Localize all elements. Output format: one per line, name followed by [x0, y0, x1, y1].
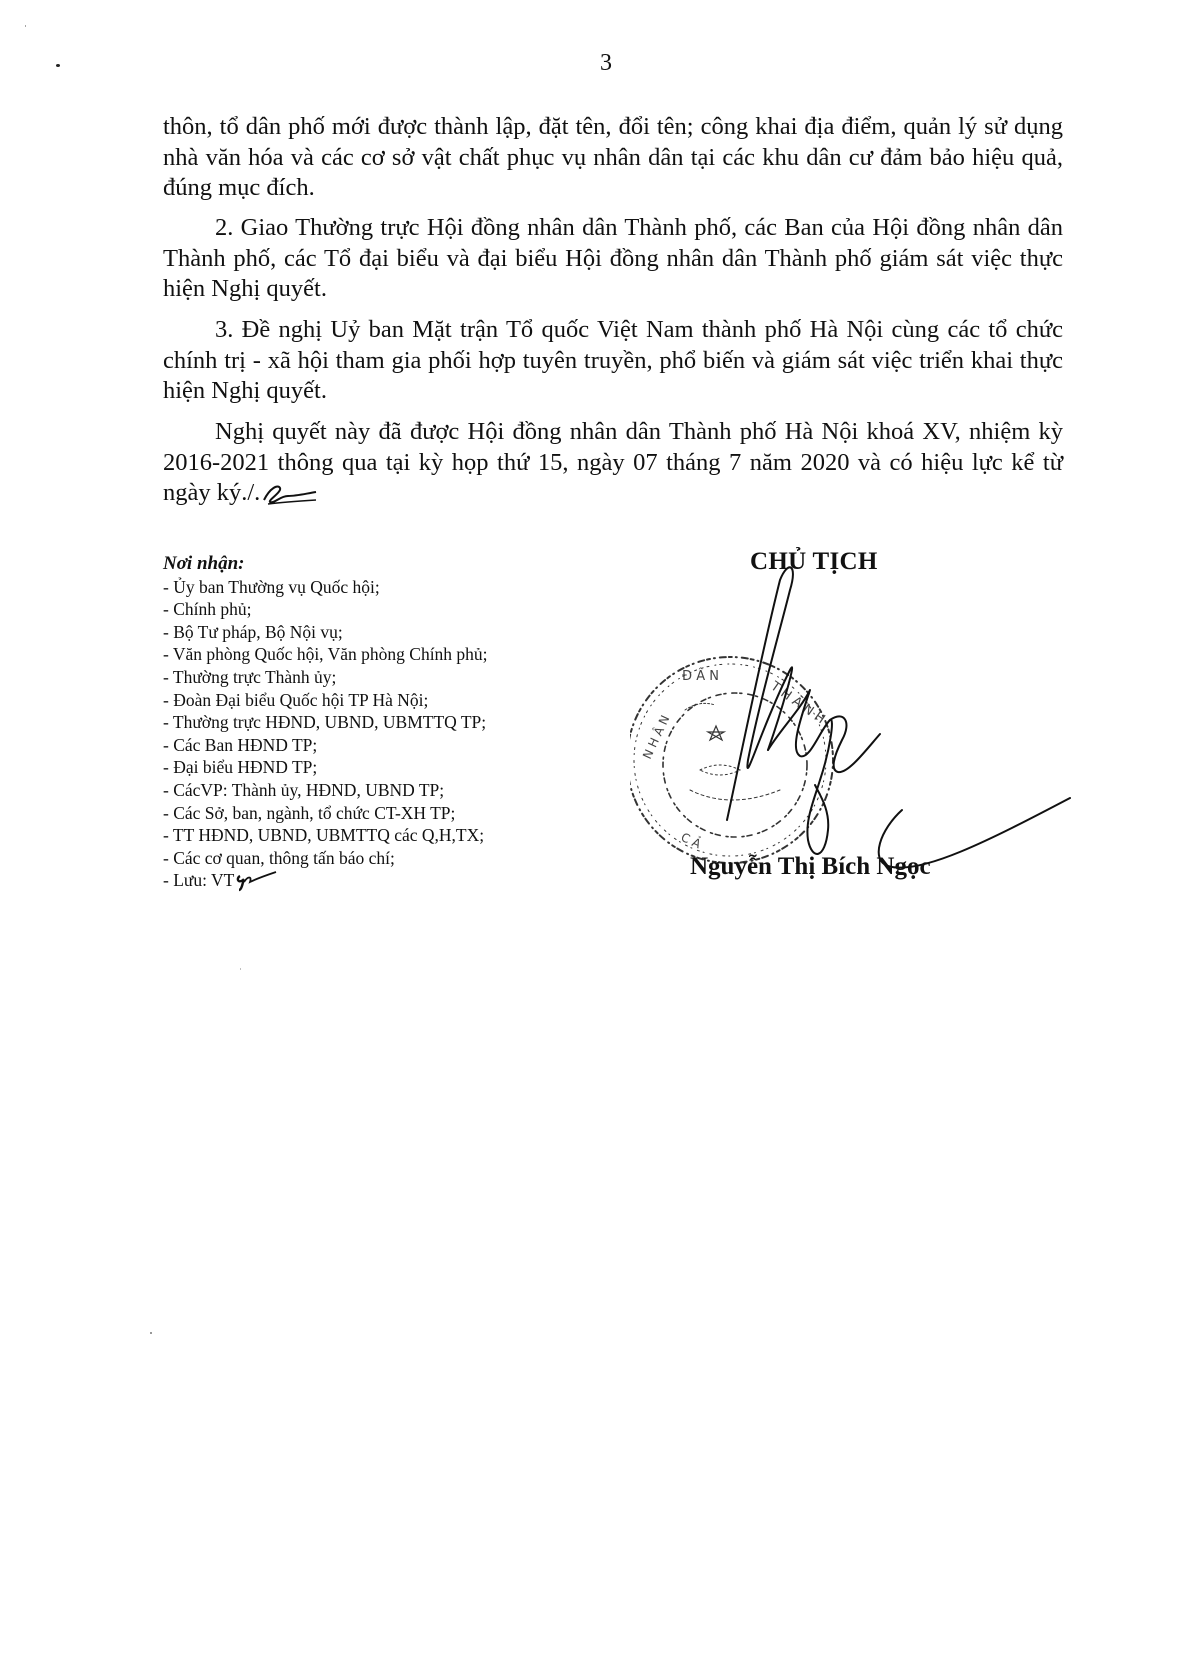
- body-paragraph-closing: Nghị quyết này đã được Hội đồng nhân dân…: [163, 417, 1063, 509]
- recipient-item: - Các cơ quan, thông tấn báo chí;: [163, 847, 593, 870]
- page-number: 3: [0, 50, 1178, 77]
- recipient-item: - Văn phòng Quốc hội, Văn phòng Chính ph…: [163, 643, 593, 666]
- recipient-item: - Bộ Tư pháp, Bộ Nội vụ;: [163, 621, 593, 644]
- archive-initials-icon: [234, 870, 278, 892]
- recipient-item: - Thường trực HĐND, UBND, UBMTTQ TP;: [163, 711, 593, 734]
- recipients-list: - Ủy ban Thường vụ Quốc hội; - Chính phủ…: [163, 576, 593, 893]
- closing-paragraph: Nghị quyết này đã được Hội đồng nhân dân…: [163, 417, 1063, 509]
- signer-name: Nguyễn Thị Bích Ngọc: [690, 853, 931, 881]
- official-seal-icon: Đ Â N T H À N H N H Â N C Ả: [630, 657, 833, 863]
- recipient-item-archive: - Lưu: VT: [163, 869, 593, 892]
- recipient-item: - Ủy ban Thường vụ Quốc hội;: [163, 576, 593, 599]
- scan-speck: [150, 1332, 152, 1334]
- recipient-item: - Thường trực Thành ủy;: [163, 666, 593, 689]
- recipient-item: - TT HĐND, UBND, UBMTTQ các Q,H,TX;: [163, 824, 593, 847]
- body-paragraph-3: 3. Đề nghị Uỷ ban Mặt trận Tổ quốc Việt …: [163, 315, 1063, 407]
- recipient-item: - Đoàn Đại biểu Quốc hội TP Hà Nội;: [163, 689, 593, 712]
- svg-text:T H À N H: T H À N H: [767, 678, 828, 728]
- recipient-item-text: - Lưu: VT: [163, 870, 234, 890]
- recipient-item: - Đại biểu HĐND TP;: [163, 756, 593, 779]
- initials-signature-icon: [260, 482, 318, 506]
- body-paragraph-2: 2. Giao Thường trực Hội đồng nhân dân Th…: [163, 213, 1063, 305]
- svg-text:Đ Â N: Đ Â N: [682, 668, 719, 684]
- paragraph-text: 3. Đề nghị Uỷ ban Mặt trận Tổ quốc Việt …: [163, 315, 1063, 407]
- recipient-item: - Các Ban HĐND TP;: [163, 734, 593, 757]
- recipients-title: Nơi nhận:: [163, 553, 593, 576]
- handwritten-signature-icon: [727, 567, 1070, 867]
- scan-speck: [25, 25, 26, 27]
- recipient-item: - Các Sở, ban, ngành, tổ chức CT-XH TP;: [163, 802, 593, 825]
- seal-and-signature-icon: Đ Â N T H À N H N H Â N C Ả: [630, 560, 1080, 880]
- recipient-item: - CácVP: Thành ủy, HĐND, UBND TP;: [163, 779, 593, 802]
- recipient-item: - Chính phủ;: [163, 598, 593, 621]
- body-paragraph-continuation: thôn, tổ dân phố mới được thành lập, đặt…: [163, 112, 1063, 204]
- scan-speck: [240, 968, 241, 970]
- signer-title: CHỦ TỊCH: [750, 548, 878, 576]
- paragraph-text: thôn, tổ dân phố mới được thành lập, đặt…: [163, 112, 1063, 204]
- paragraph-text: 2. Giao Thường trực Hội đồng nhân dân Th…: [163, 213, 1063, 305]
- svg-text:N H Â N: N H Â N: [639, 713, 672, 762]
- recipients-block: Nơi nhận: - Ủy ban Thường vụ Quốc hội; -…: [163, 553, 593, 892]
- svg-text:C Ả: C Ả: [679, 828, 705, 851]
